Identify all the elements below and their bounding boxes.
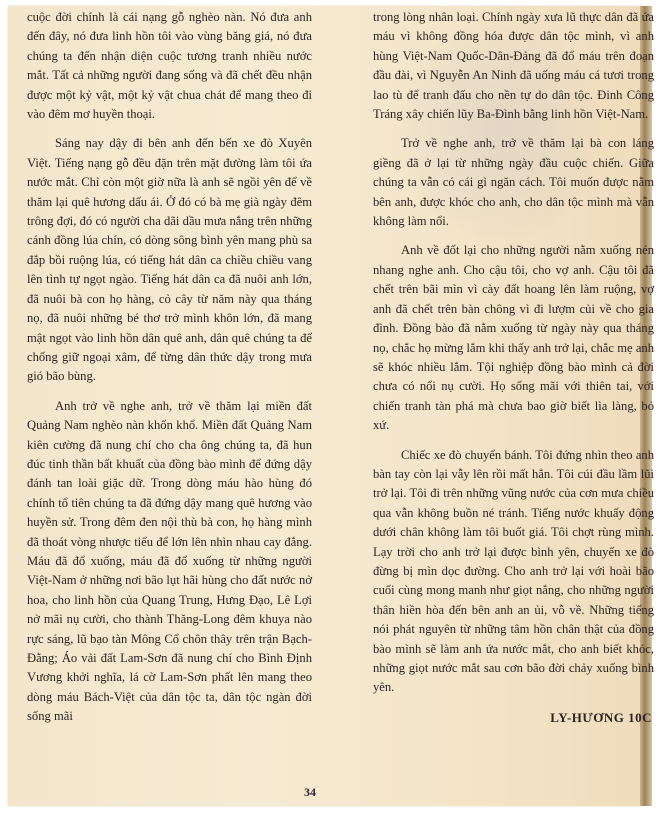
paragraph: trong lòng nhân loại. Chính ngày xưa lũ … bbox=[373, 8, 654, 124]
page-number: 34 bbox=[304, 785, 316, 800]
paragraph: Anh về đốt lại cho những người nằm xuống… bbox=[373, 241, 654, 435]
right-column: trong lòng nhân loại. Chính ngày xưa lũ … bbox=[373, 8, 654, 727]
paragraph: Trở về nghe anh, trở về thăm lại bà con … bbox=[373, 134, 654, 231]
left-column: cuộc đời chính là cái nạng gỗ nghèo nàn.… bbox=[27, 8, 312, 737]
paragraph: Chiếc xe đò chuyển bánh. Tôi đứng nhìn t… bbox=[373, 446, 654, 698]
paragraph: Anh trở về nghe anh, trở về thăm lại miề… bbox=[27, 397, 312, 727]
paragraph: cuộc đời chính là cái nạng gỗ nghèo nàn.… bbox=[27, 8, 312, 124]
scan-margin bbox=[0, 0, 8, 813]
paragraph: Sáng nay dậy đi bên anh đến bến xe đò Xu… bbox=[27, 134, 312, 386]
author-signature: LY-HƯƠNG 10C bbox=[373, 708, 654, 727]
